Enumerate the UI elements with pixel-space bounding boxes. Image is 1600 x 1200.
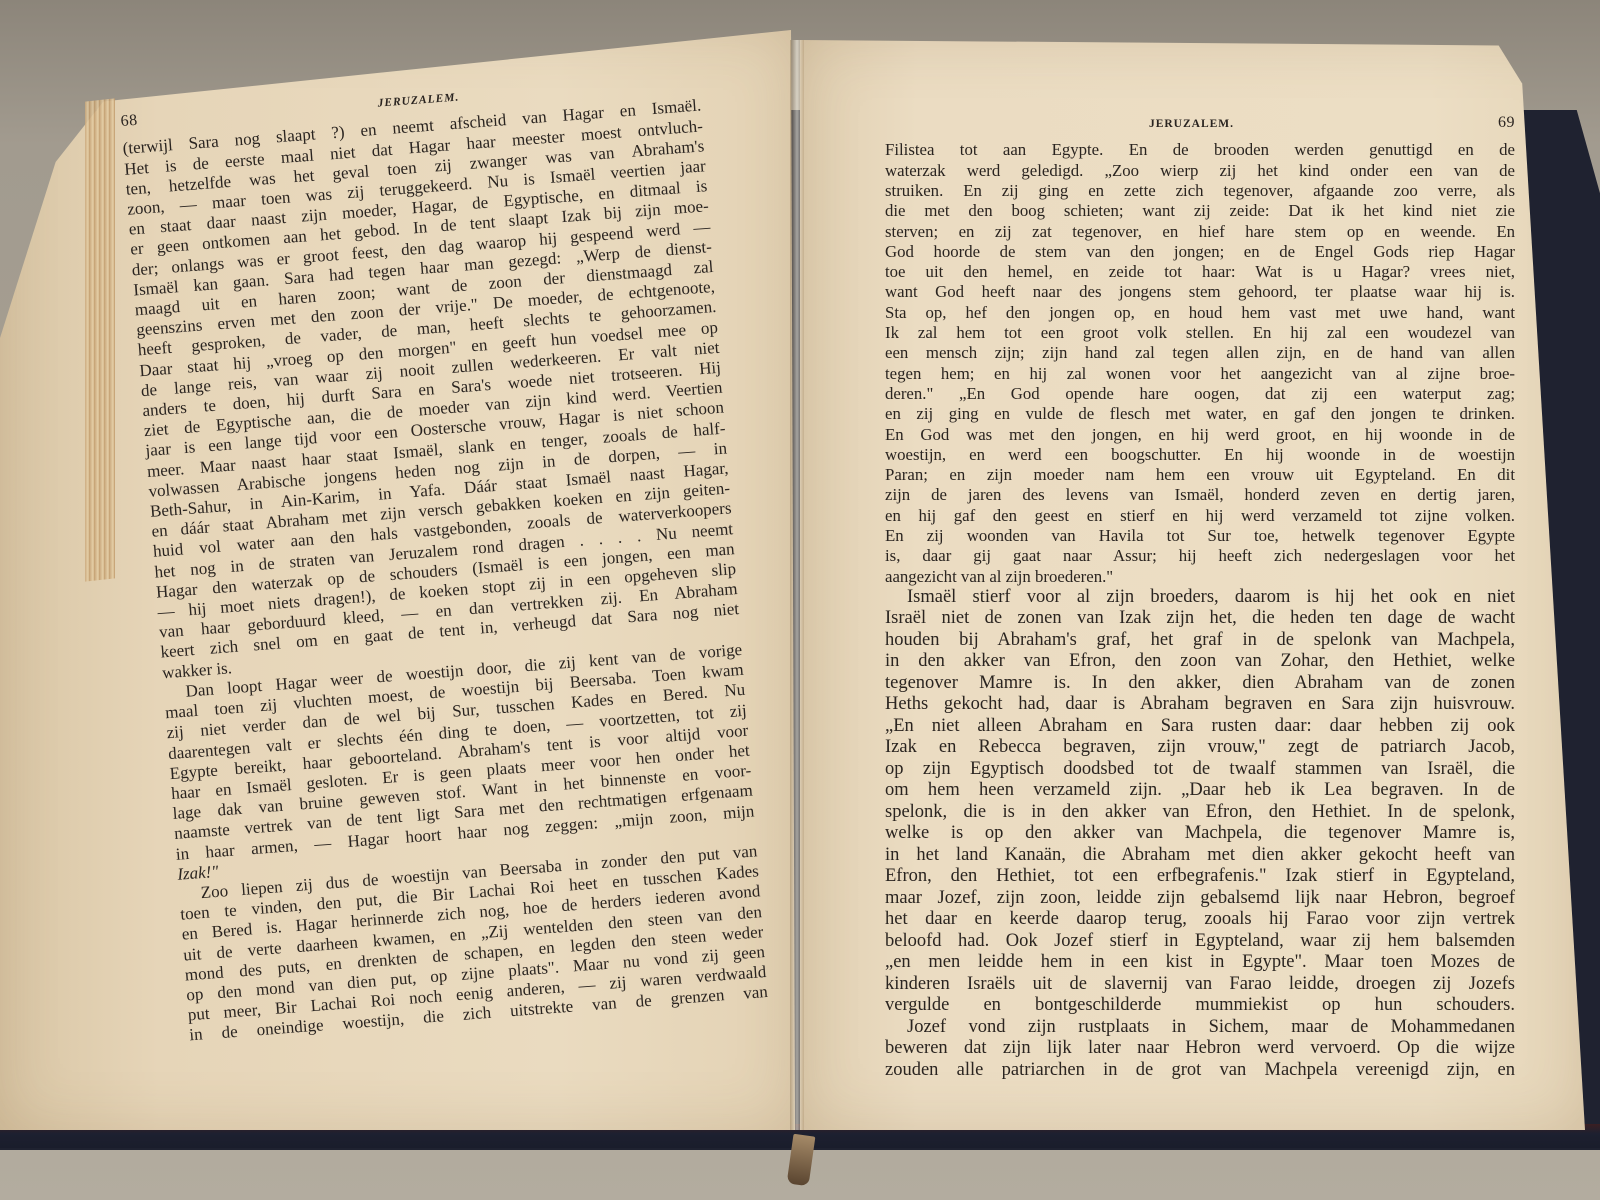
text-line: beloofd had. Ook Jozef stierf in Egyptel…	[885, 931, 1515, 953]
text-line: waterzak werd geledigd. „Zoo wierp zij h…	[885, 161, 1515, 181]
text-line: Jozef vond zijn rustplaats in Sichem, ma…	[885, 1017, 1515, 1039]
text-line: een mensch zijn; zijn hand zal tegen all…	[885, 343, 1515, 363]
text-line: woestijn, en werd een boogschutter. En h…	[885, 445, 1515, 465]
running-head-title: JERUZALEM.	[377, 88, 460, 114]
text-line: tegen hem; en hij zal wonen voor het aan…	[885, 364, 1515, 384]
book-gutter	[790, 40, 804, 1130]
right-page-text: JERUZALEM. 69 Filistea tot aan Egypte. E…	[885, 113, 1515, 1081]
text-line: Ismaël stierf voor al zijn broeders, daa…	[885, 587, 1515, 609]
text-line: Paran; en zijn moeder nam hem een vrouw …	[885, 465, 1515, 485]
right-page-body: Filistea tot aan Egypte. En de brooden w…	[885, 140, 1515, 1081]
text-line: om hem heen verzameld zijn. „Daar heb ik…	[885, 780, 1515, 802]
right-running-head: JERUZALEM. 69	[885, 113, 1515, 134]
text-line: Israël niet de zonen van Izak zijn het, …	[885, 608, 1515, 630]
left-page-body: (terwijl Sara nog slaapt ?) en neemt afs…	[122, 96, 769, 1046]
text-line: toe uit den hemel, en zeide tot haar: Wa…	[885, 262, 1515, 282]
text-line: sterven; en zij zat tegenover, en hief h…	[885, 222, 1515, 242]
text-line: Heths gekocht had, daar is Abraham begra…	[885, 694, 1515, 716]
text-line: Filistea tot aan Egypte. En de brooden w…	[885, 140, 1515, 160]
text-line: struiken. En zij ging en zette zich tege…	[885, 181, 1515, 201]
text-line: aangezicht van al zijn broederen."	[885, 567, 1515, 587]
page-number: 68	[120, 111, 138, 133]
text-line: die met den boog schieten; want zij zeid…	[885, 201, 1515, 221]
text-line: Sta op, hef den jongen op, en houd hem v…	[885, 303, 1515, 323]
text-line: En zij woonden van Havila tot Sur toe, h…	[885, 526, 1515, 546]
text-line: kinderen Israëls uit de slavernij van Fa…	[885, 974, 1515, 996]
text-line: in den akker van Efron, den zoon van Zoh…	[885, 651, 1515, 673]
text-line: en hij gaf den geest en stierf en hij we…	[885, 506, 1515, 526]
text-line: houden bij Abraham's graf, het graf in d…	[885, 630, 1515, 652]
text-line: „En niet alleen Abraham en Sara rusten d…	[885, 716, 1515, 738]
page-block-edges	[85, 98, 115, 581]
text-line: Ik zal hem tot een groot volk stellen. E…	[885, 323, 1515, 343]
text-line: zouden alle patriarchen in de grot van M…	[885, 1060, 1515, 1082]
running-head-title: JERUZALEM.	[1149, 114, 1234, 134]
text-line: beweren dat zijn lijk later naar Hebron …	[885, 1038, 1515, 1060]
text-line: „en men leidde hem in een kist in Egypte…	[885, 952, 1515, 974]
text-line: En God was met den jongen, en hij werd g…	[885, 425, 1515, 445]
text-line: het daar en keerde daarop terug, zooals …	[885, 909, 1515, 931]
page-number: 69	[1498, 113, 1515, 133]
text-line: tegenover Mamre is. In den akker, dien A…	[885, 673, 1515, 695]
text-line: want God heeft naar des jongens stem geh…	[885, 282, 1515, 302]
left-page-text: 68 JERUZALEM. (terwijl Sara nog slaapt ?…	[120, 69, 769, 1046]
text-line: is, daar gij gaat naar Assur; hij heeft …	[885, 546, 1515, 566]
text-line: Izak en Rebecca begraven, zijn vrouw," z…	[885, 737, 1515, 759]
text-line: deren." „En God opende hare oogen, dat z…	[885, 384, 1515, 404]
text-line: spelonk, die is in den akker van Efron, …	[885, 802, 1515, 824]
text-line: en zij ging en vulde de flesch met water…	[885, 404, 1515, 424]
text-line: Efron, den Hethiet, tot een erfbegrafeni…	[885, 866, 1515, 888]
text-line: op zijn Egyptisch doodsbed tot de twaalf…	[885, 759, 1515, 781]
text-line: zijn de jaren des levens van Ismaël, hon…	[885, 485, 1515, 505]
text-line: God hoorde de stem van den jongen; en de…	[885, 242, 1515, 262]
text-line: maar Jozef, zijn zoon, leidde zijn gebal…	[885, 888, 1515, 910]
text-line: welke is op den akker van Machpela, die …	[885, 823, 1515, 845]
text-line: vergulde en bontgeschilderde mummiekist …	[885, 995, 1515, 1017]
text-line: in het land Kanaän, die Abraham met dien…	[885, 845, 1515, 867]
